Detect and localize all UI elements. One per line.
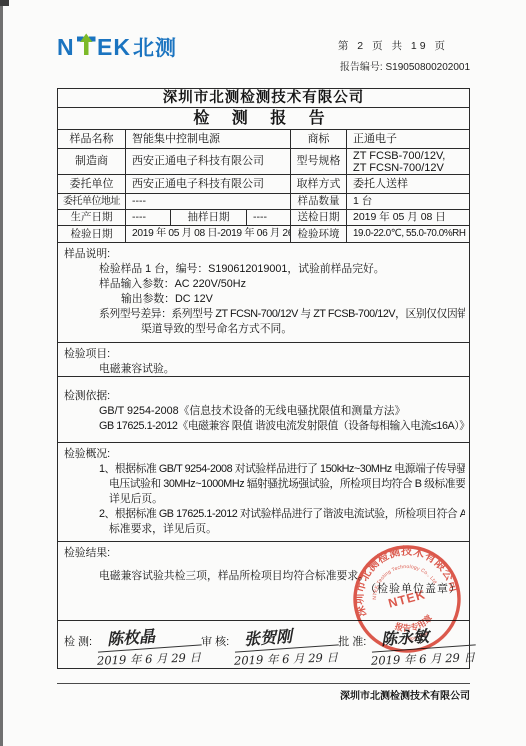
tested-date: 2019 年 6 月 29 日	[97, 649, 201, 669]
report-number-value: S19050800202001	[385, 62, 470, 73]
test-basis-line1: GB/T 9254-2008《信息技术设备的无线电骚扰限值和测量方法》	[64, 404, 465, 419]
trademark-label: 商标	[290, 130, 346, 148]
reviewed-date: 2019 年 6 月 29 日	[234, 649, 338, 669]
test-date-value: 2019 年 05 月 08 日-2019 年 06 月 26 日	[125, 226, 290, 242]
scan-corner-mark	[0, 0, 9, 6]
table-row-client: 委托单位 西安正通电子科技有限公司 取样方式 委托人送样	[58, 174, 469, 193]
report-title: 检 测 报 告	[58, 107, 469, 129]
reviewed-signature: 张贺刚	[234, 620, 339, 652]
model-label: 型号规格	[290, 149, 346, 174]
footer-divider	[57, 683, 470, 684]
sample-qty-label: 样品数量	[290, 194, 346, 209]
sample-desc-line2: 样品输入参数：AC 220V/50Hz	[64, 277, 465, 292]
logo-letters-ek: EK	[97, 34, 130, 60]
manufacturer-label: 制造商	[58, 149, 125, 174]
table-row-sample-name: 样品名称 智能集中控制电源 商标 正通电子	[58, 129, 469, 148]
test-overview-item1-line2: 电压试验和 30MHz~1000MHz 辐射骚扰场强试验，所检项目均符合 B 级…	[64, 477, 465, 492]
seal-center-text: NTEK	[387, 587, 427, 610]
test-overview-label: 检验概况:	[64, 447, 465, 462]
test-env-label: 检验环境	[290, 226, 346, 242]
tested-signature: 陈枚晶	[96, 620, 201, 652]
company-seal-icon: 深圳市北测检测技术有限公司 NTEK Testing Technology Co…	[351, 543, 463, 655]
sample-name-value: 智能集中控制电源	[125, 130, 290, 148]
svg-text:深圳市北测检测技术有限公司: 深圳市北测检测技术有限公司	[351, 543, 462, 619]
client-address-label: 委托单位地址	[58, 194, 125, 209]
client-address-value: ----	[125, 194, 290, 209]
ntek-logo: N EK 北测	[57, 33, 177, 61]
sample-desc-line5: 渠道导致的型号命名方式不同。	[64, 322, 465, 337]
test-overview-item1-line3: 详见后页。	[64, 492, 465, 507]
reviewed-label: 审 核:	[201, 633, 229, 649]
page-number-info: 第 2 页 共 19 页	[338, 38, 448, 53]
svg-text:报告专用章: 报告专用章	[391, 611, 436, 637]
section-sample-description: 样品说明: 检验样品 1 台，编号：S190612019001，试验前样品完好。…	[58, 242, 469, 342]
sign-group-tested: 检 测: 陈枚晶 2019 年 6 月 29 日	[64, 624, 201, 667]
seal-bottom-cn-text: 报告专用章	[391, 611, 436, 637]
sampling-method-value: 委托人送样	[346, 175, 469, 193]
sampling-method-label: 取样方式	[290, 175, 346, 193]
table-row-client-address: 委托单位地址 ---- 样品数量 1 台	[58, 193, 469, 209]
sample-qty-value: 1 台	[346, 194, 469, 209]
sample-desc-label: 样品说明:	[64, 247, 465, 262]
trademark-value: 正通电子	[346, 130, 469, 148]
scan-edge-left	[0, 0, 3, 746]
sample-name-label: 样品名称	[58, 130, 125, 148]
production-date-label: 生产日期	[58, 210, 125, 225]
model-value-line1: ZT FCSB-700/12V,	[353, 150, 469, 162]
model-value-line2: ZT FCSN-700/12V	[353, 162, 469, 174]
test-basis-label: 检测依据:	[64, 389, 465, 404]
logo-cn-text: 北测	[133, 37, 176, 60]
receive-date-value: 2019 年 05 月 08 日	[346, 210, 469, 225]
footer-company: 深圳市北测检测技术有限公司	[340, 687, 470, 702]
logo-letter-n: N	[57, 34, 74, 60]
section-test-overview: 检验概况: 1、根据标准 GB/T 9254-2008 对试验样品进行了 150…	[58, 442, 469, 541]
sample-desc-line4: 系列型号差异：系列型号 ZT FCSN-700/12V 与 ZT FCSB-70…	[64, 307, 465, 322]
production-date-value: ----	[125, 210, 170, 225]
section-test-basis: 检测依据: GB/T 9254-2008《信息技术设备的无线电骚扰限值和测量方法…	[58, 376, 469, 442]
table-row-production-date: 生产日期 ---- 抽样日期 ---- 送检日期 2019 年 05 月 08 …	[58, 209, 469, 225]
sample-desc-line3: 输出参数：DC 12V	[64, 292, 465, 307]
test-overview-item2-line2: 标准要求，详见后页。	[64, 522, 465, 537]
company-seal-stamp: 深圳市北测检测技术有限公司 NTEK Testing Technology Co…	[351, 543, 463, 655]
ntek-logo-icon: N EK 北测	[57, 33, 177, 61]
table-row-manufacturer: 制造商 西安正通电子科技有限公司 型号规格 ZT FCSB-700/12V, Z…	[58, 148, 469, 174]
seal-ring-text: 深圳市北测检测技术有限公司	[351, 543, 462, 619]
sampling-date-label: 抽样日期	[170, 210, 246, 225]
test-env-value: 19.0-22.0℃, 55.0-70.0%RH	[346, 226, 469, 242]
manufacturer-value: 西安正通电子科技有限公司	[125, 149, 290, 174]
test-date-label: 检验日期	[58, 226, 125, 242]
model-value: ZT FCSB-700/12V, ZT FCSN-700/12V	[346, 149, 469, 174]
tested-label: 检 测:	[64, 633, 92, 649]
report-number-label: 报告编号:	[340, 62, 383, 73]
company-title: 深圳市北测检测技术有限公司	[58, 89, 469, 107]
receive-date-label: 送检日期	[290, 210, 346, 225]
test-items-label: 检验项目:	[64, 347, 465, 362]
test-items-line1: 电磁兼容试验。	[64, 362, 465, 377]
client-label: 委托单位	[58, 175, 125, 193]
sampling-date-value: ----	[246, 210, 290, 225]
report-number: 报告编号: S19050800202001	[340, 58, 470, 73]
client-value: 西安正通电子科技有限公司	[125, 175, 290, 193]
table-row-test-date: 检验日期 2019 年 05 月 08 日-2019 年 06 月 26 日 检…	[58, 225, 469, 242]
sign-group-reviewed: 审 核: 张贺刚 2019 年 6 月 29 日	[201, 624, 338, 667]
sample-desc-line1: 检验样品 1 台，编号：S190612019001，试验前样品完好。	[64, 262, 465, 277]
test-basis-line2: GB 17625.1-2012《电磁兼容 限值 谐波电流发射限值（设备每相输入电…	[64, 419, 465, 434]
section-test-items: 检验项目: 电磁兼容试验。	[58, 342, 469, 376]
test-overview-item2-line1: 2、根据标准 GB 17625.1-2012 对试验样品进行了谐波电流试验，所检…	[64, 507, 465, 522]
test-overview-item1-line1: 1、根据标准 GB/T 9254-2008 对试验样品进行了 150kHz~30…	[64, 462, 465, 477]
